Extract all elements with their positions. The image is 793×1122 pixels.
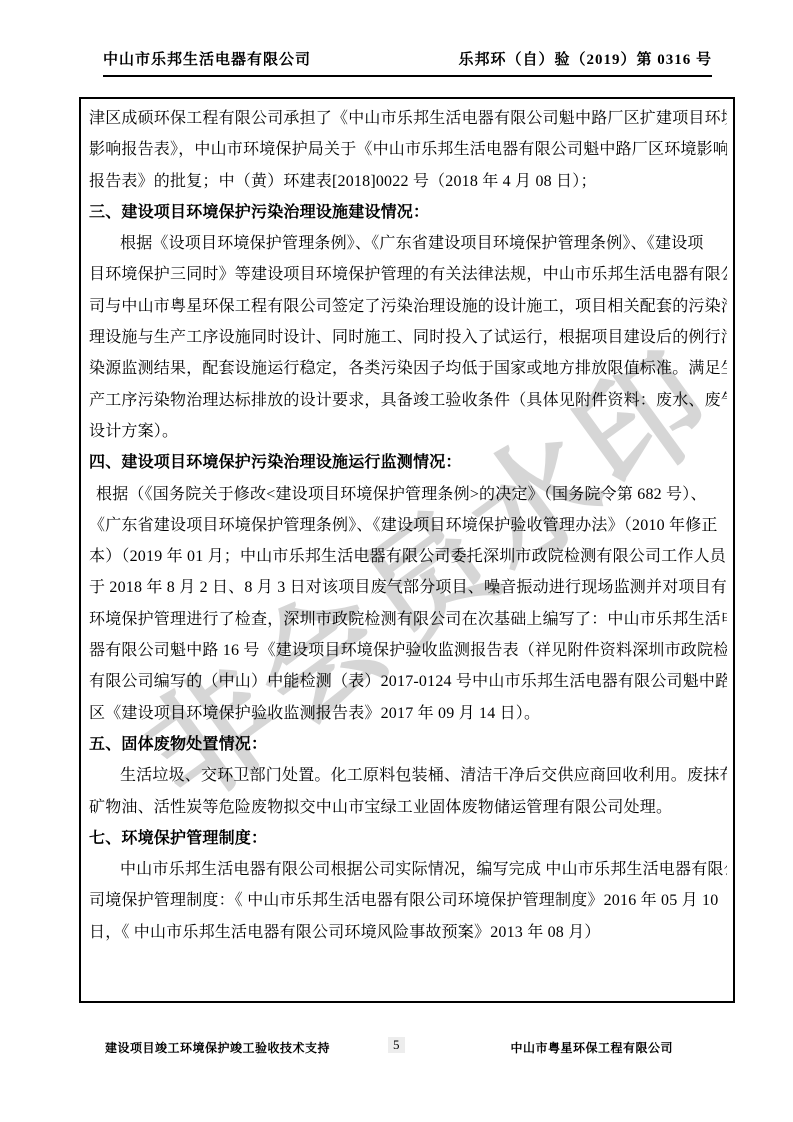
text-line: 司与中山市粤星环保工程有限公司签定了污染治理设施的设计施工，项目相关配套的污染治	[89, 291, 727, 322]
page-footer: 建设项目竣工环境保护竣工验收技术支持 5 中山市粤星环保工程有限公司	[79, 1034, 735, 1060]
text-line: 染源监测结果，配套设施运行稳定，各类污染因子均低于国家或地方排放限值标准。满足生	[89, 353, 727, 384]
document-page: 非会员水印 中山市乐邦生活电器有限公司 乐邦环（自）验（2019）第 0316 …	[0, 0, 793, 1122]
text-line: 日，《 中山市乐邦生活电器有限公司环境风险事故预案》2013 年 08 月）	[89, 917, 727, 948]
page-header: 中山市乐邦生活电器有限公司 乐邦环（自）验（2019）第 0316 号	[103, 48, 712, 77]
text-line: 本）（2019 年 01 月；中山市乐邦生活电器有限公司委托深圳市政院检测有限公…	[89, 541, 727, 572]
text-line: 目环境保护三同时》等建设项目环境保护管理的有关法律法规，中山市乐邦生活电器有限公	[89, 259, 727, 290]
text-line: 于 2018 年 8 月 2 日、8 月 3 日对该项目废气部分项目、噪音振动进…	[89, 572, 727, 603]
header-company-name: 中山市乐邦生活电器有限公司	[103, 48, 311, 69]
text-line: 生活垃圾、交环卫部门处置。化工原料包装桶、清洁干净后交供应商回收利用。废抹布、	[89, 760, 727, 791]
text-line: 根据《设项目环境保护管理条例》、《广东省建设项目环境保护管理条例》、《建设项	[89, 228, 727, 259]
text-line: 环境保护管理进行了检查，深圳市政院检测有限公司在次基础上编写了：中山市乐邦生活电	[89, 604, 727, 635]
section-heading: 三、建设项目环境保护污染治理设施建设情况：	[89, 197, 727, 228]
text-line: 报告表》的批复；中（黄）环建表[2018]0022 号（2018 年 4 月 0…	[89, 166, 727, 197]
section-heading: 五、固体废物处置情况：	[89, 729, 727, 760]
text-line: 设计方案）。	[89, 416, 727, 447]
document-body-frame: 津区成硕环保工程有限公司承担了《中山市乐邦生活电器有限公司魁中路厂区扩建项目环境…	[79, 97, 735, 1003]
footer-support-text: 建设项目竣工环境保护竣工验收技术支持	[105, 1039, 330, 1056]
text-line: 矿物油、活性炭等危险废物拟交中山市宝绿工业固体废物储运管理有限公司处理。	[89, 792, 727, 823]
text-line: 影响报告表》，中山市环境保护局关于《中山市乐邦生活电器有限公司魁中路厂区环境影响	[89, 134, 727, 165]
text-line: 理设施与生产工序设施同时设计、同时施工、同时投入了试运行，根据项目建设后的例行污	[89, 322, 727, 353]
page-number: 5	[388, 1037, 405, 1053]
text-line: 中山市乐邦生活电器有限公司根据公司实际情况，编写完成 中山市乐邦生活电器有限公	[89, 854, 727, 885]
section-heading: 七、环境保护管理制度：	[89, 823, 727, 854]
text-line: 《广东省建设项目环境保护管理条例》、《建设项目环境保护验收管理办法》（2010 …	[89, 510, 727, 541]
text-line: 根据（《国务院关于修改<建设项目环境保护管理条例>的决定》（国务院令第 682 …	[89, 479, 727, 510]
text-line: 区《建设项目环境保护验收监测报告表》2017 年 09 月 14 日）。	[89, 698, 727, 729]
section-heading: 四、建设项目环境保护污染治理设施运行监测情况：	[89, 447, 727, 478]
text-line: 司境保护管理制度：《 中山市乐邦生活电器有限公司环境保护管理制度》2016 年 …	[89, 885, 727, 916]
footer-company-name: 中山市粤星环保工程有限公司	[510, 1039, 673, 1056]
text-line: 产工序污染物治理达标排放的设计要求，具备竣工验收条件（具体见附件资料：废水、废气	[89, 385, 727, 416]
text-line: 津区成硕环保工程有限公司承担了《中山市乐邦生活电器有限公司魁中路厂区扩建项目环境	[89, 103, 727, 134]
text-line: 有限公司编写的（中山）中能检测（表）2017-0124 号中山市乐邦生活电器有限…	[89, 666, 727, 697]
text-line: 器有限公司魁中路 16 号《建设项目环境保护验收监测报告表（祥见附件资料深圳市政…	[89, 635, 727, 666]
header-document-number: 乐邦环（自）验（2019）第 0316 号	[458, 48, 712, 69]
